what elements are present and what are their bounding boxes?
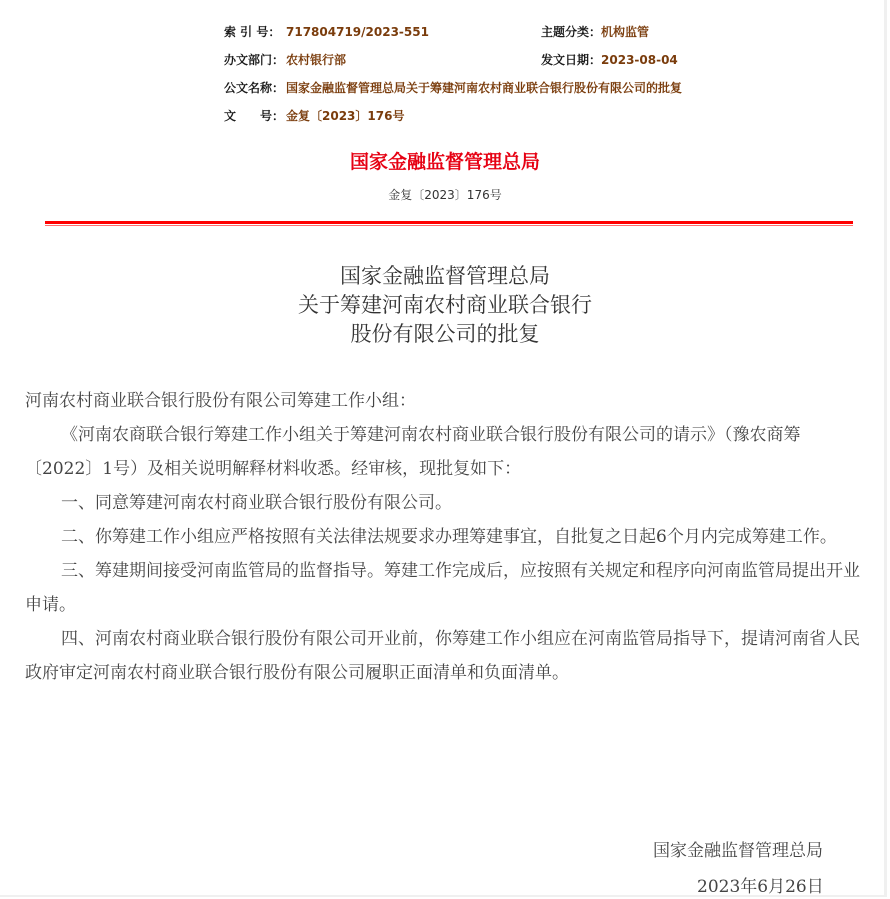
issuer-red-header: 国家金融监督管理总局 (0, 147, 890, 174)
meta-index-label: 索 引 号： (224, 22, 286, 42)
meta-dept-value: 农村银行部 (286, 50, 346, 70)
body-paragraph: 《河南农商联合银行筹建工作小组关于筹建河南农村商业联合银行股份有限公司的请示》（… (25, 418, 865, 486)
document-body: 河南农村商业联合银行股份有限公司筹建工作小组： 《河南农商联合银行筹建工作小组关… (25, 384, 865, 690)
meta-index-row: 索 引 号：717804719/2023-551 (224, 22, 429, 42)
meta-docno-value: 金复〔2023〕176号 (286, 106, 404, 126)
title-line-2: 关于筹建河南农村商业联合银行 (0, 291, 890, 320)
meta-date-row: 发文日期：2023-08-04 (541, 50, 678, 70)
meta-topic-label: 主题分类： (541, 22, 601, 42)
document-number: 金复〔2023〕176号 (0, 186, 890, 203)
body-paragraph: 二、你筹建工作小组应严格按照有关法律法规要求办理筹建事宜，自批复之日起6个月内完… (25, 520, 865, 554)
meta-index-value: 717804719/2023-551 (286, 22, 429, 42)
meta-date-label: 发文日期： (541, 50, 601, 70)
meta-dept-label: 办文部门： (224, 50, 286, 70)
meta-topic-row: 主题分类：机构监管 (541, 22, 649, 42)
meta-topic-value: 机构监管 (601, 22, 649, 42)
signature-date: 2023年6月26日 (697, 872, 824, 897)
document-page: 索 引 号：717804719/2023-551 主题分类：机构监管 办文部门：… (0, 0, 887, 897)
title-line-3: 股份有限公司的批复 (0, 320, 890, 349)
title-line-1: 国家金融监督管理总局 (0, 262, 890, 291)
meta-name-value: 国家金融监督管理总局关于筹建河南农村商业联合银行股份有限公司的批复 (286, 78, 682, 98)
meta-name-label: 公文名称： (224, 78, 286, 98)
red-divider (45, 221, 853, 224)
salutation: 河南农村商业联合银行股份有限公司筹建工作小组： (25, 384, 865, 418)
signature-issuer: 国家金融监督管理总局 (653, 836, 823, 861)
red-divider-thin (45, 225, 853, 226)
meta-docno-label: 文 号： (224, 106, 286, 126)
document-title: 国家金融监督管理总局 关于筹建河南农村商业联合银行 股份有限公司的批复 (0, 262, 890, 349)
meta-name-row: 公文名称：国家金融监督管理总局关于筹建河南农村商业联合银行股份有限公司的批复 (224, 78, 682, 98)
body-paragraph: 三、筹建期间接受河南监管局的监督指导。筹建工作完成后，应按照有关规定和程序向河南… (25, 554, 865, 622)
meta-docno-row: 文 号：金复〔2023〕176号 (224, 106, 404, 126)
body-paragraph: 一、同意筹建河南农村商业联合银行股份有限公司。 (25, 486, 865, 520)
body-paragraph: 四、河南农村商业联合银行股份有限公司开业前，你筹建工作小组应在河南监管局指导下，… (25, 622, 865, 690)
meta-dept-row: 办文部门：农村银行部 (224, 50, 346, 70)
meta-date-value: 2023-08-04 (601, 50, 678, 70)
